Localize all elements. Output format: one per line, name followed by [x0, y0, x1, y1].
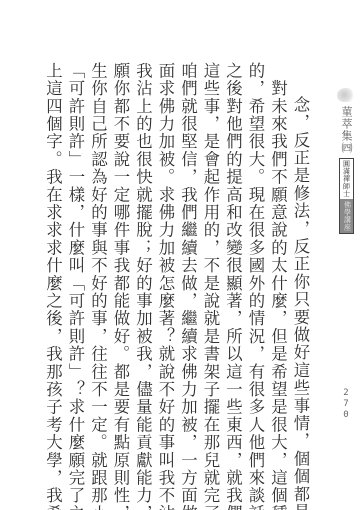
text-column: 面求佛力加被。求佛力加被怎麼著？就說不好的事叫我不沾上，叫	[154, 62, 177, 502]
page-header-sidebar: 菫萃集㈣ 圓滿禪師士 佛學講座	[335, 88, 357, 234]
text-column: 生你自己所認為好的事與不好的事，往往不一定。就跟那小冊子叫	[86, 62, 109, 502]
text-column: 念，反正是修法，反正你只要做好這些事情，個個都是……	[289, 62, 312, 502]
series-label-bottom: 佛學講座	[340, 199, 353, 233]
text-column: 我沾上的也很快就擺脫；好的事加被我，儘量能貢獻能力，這個祈	[131, 62, 154, 502]
book-page: 菫萃集㈣ 圓滿禪師士 佛學講座 270 念，反正是修法，反正你只要做好這些事情，…	[0, 0, 363, 510]
text-column: 「可許則許」一樣，什麼叫「可許則許」？求什麼願完了之後，加	[64, 62, 87, 502]
body-text: 念，反正是修法，反正你只要做好這些事情，個個都是…… 對未來我們不願意說的太什麼…	[41, 62, 311, 502]
text-column: 的，希望很大。現在很多國外的情況，有很多人他們來談話，看書	[244, 62, 267, 502]
text-column: 願你都不要說一定哪件事我都能做好。都是要有點原則性，就是眾	[109, 62, 132, 502]
page-number: 270	[341, 388, 351, 421]
book-title: 菫萃集㈣	[339, 106, 353, 154]
series-label: 圓滿禪師士 佛學講座	[339, 158, 354, 234]
text-column: 這些事，是會起作用的，不是說就是書架子擺在那兒就完了。因此	[199, 62, 222, 502]
series-label-top: 圓滿禪師士	[341, 159, 352, 199]
text-column: 咱們就很堅信，我們繼續去做，繼續求佛力加被，一方面做，一方	[176, 62, 199, 502]
text-column: 對未來我們不願意說的太什麼，但是希望是很大，這個種種	[266, 62, 289, 502]
lotus-flower-icon	[337, 88, 355, 102]
text-column: 上這四個字。我在求求求什麼之後，我那孩子考大學，我希望他	[41, 62, 64, 502]
text-column: 之後對他們的提高和改變很顯著，所以這一些東西，就我們所忙的	[221, 62, 244, 502]
